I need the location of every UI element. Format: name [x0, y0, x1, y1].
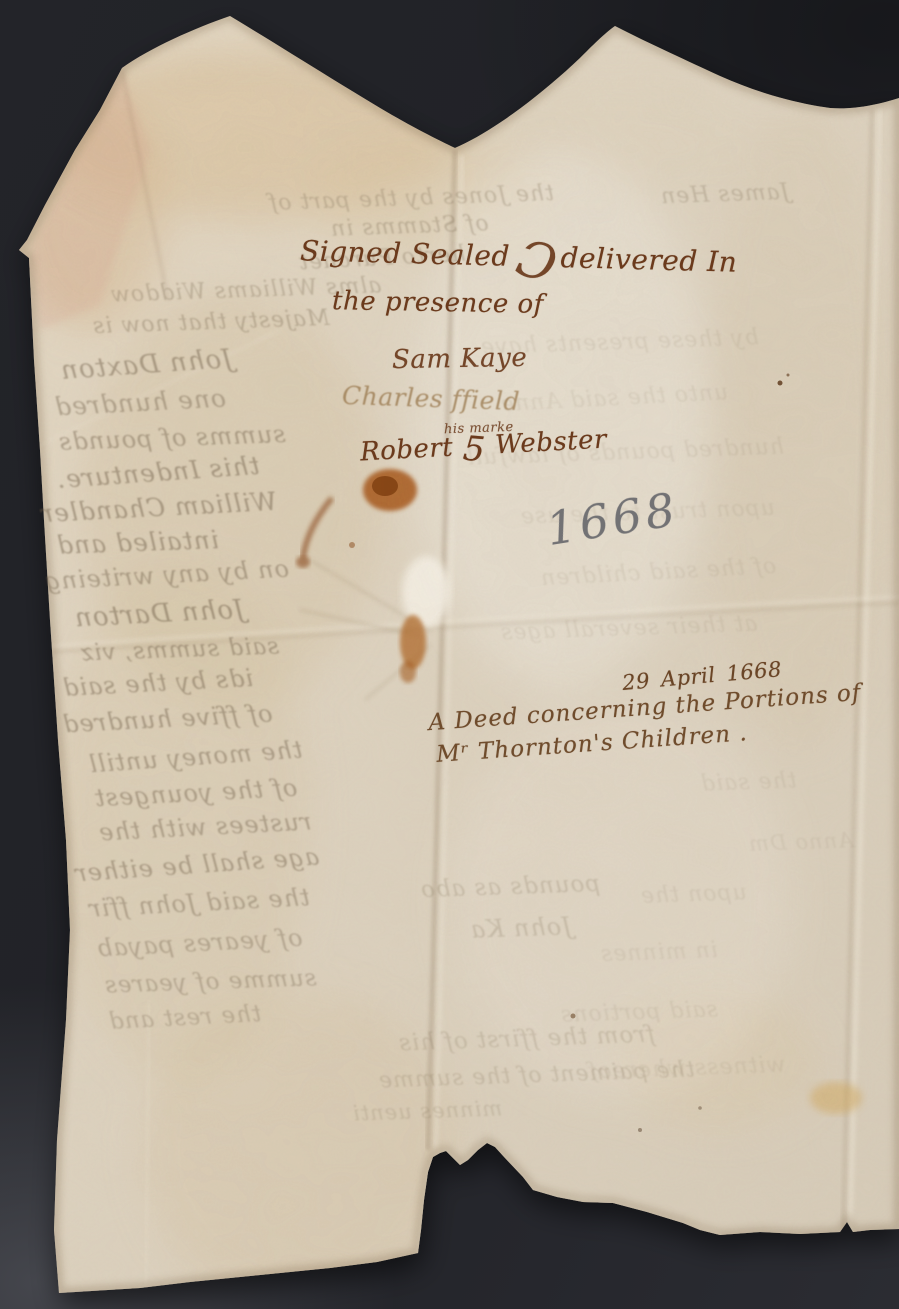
attestation-line1-part1: Signed Sealed — [300, 234, 511, 272]
attestation-line1: Signed SealedƆdelivered In — [300, 234, 738, 278]
witness-signature-field: Charles ffield — [342, 381, 521, 416]
attestation-line1-part2: delivered In — [560, 241, 737, 279]
witness-signature-kaye: Sam Kaye — [392, 343, 528, 375]
photo-backdrop: the Jones by the part ofJames Henof Stam… — [0, 0, 899, 1309]
attestation-line2: the presence of — [332, 286, 544, 320]
witness-signature-webster: Robert5Webster — [359, 425, 607, 468]
ink-flourish: Ɔ — [518, 256, 555, 266]
witness-webster-mark: 5 — [463, 449, 485, 451]
witness-webster-last: Webster — [494, 425, 607, 461]
pencil-year: 1668 — [543, 482, 683, 556]
witness-webster-first: Robert — [359, 433, 454, 468]
inscriptions-layer: Signed SealedƆdelivered In the presence … — [0, 0, 899, 1309]
